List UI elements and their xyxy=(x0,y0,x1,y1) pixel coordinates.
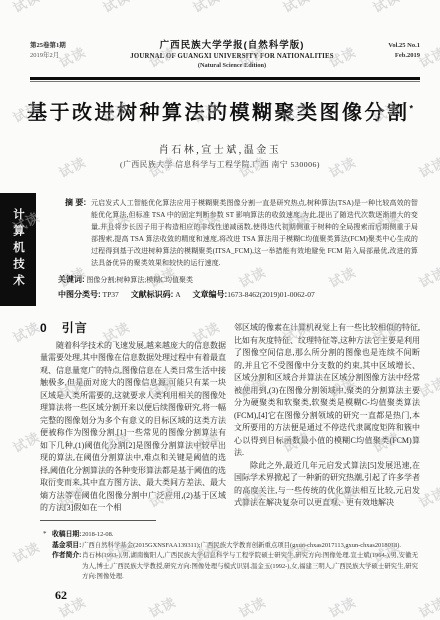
section-number: 0 xyxy=(40,321,48,335)
footnote-star: * xyxy=(43,529,47,540)
keywords-text: 图像分割;树种算法;模糊C均值聚类 xyxy=(86,276,193,284)
section-tab: 计算机技术 xyxy=(0,193,36,306)
journal-title-en: JOURNAL OF GUANGXI UNIVERSITY FOR NATION… xyxy=(102,54,362,61)
received-label: 收稿日期: xyxy=(52,530,82,541)
fund-text: 广西自然科学基金(2015GXNSFAA139311);广西民族大学教育创新重点… xyxy=(82,542,401,549)
issue-date: 2019年2月 xyxy=(30,51,102,61)
body-paragraph: 除此之外,最近几年元启发式算法[5]发展迅速,在国际学术界掀起了一种新的研究热潮… xyxy=(234,460,420,510)
header-rule xyxy=(30,77,420,80)
journal-title-block: 广西民族大学学报(自然科学版) JOURNAL OF GUANGXI UNIVE… xyxy=(102,41,362,69)
watermark-text: 试读 xyxy=(235,592,269,620)
authors: 肖石林,宣士斌,温金玉 xyxy=(0,141,440,156)
abstract-block: 摘 要:元启发式人工智能优化算法应用于模糊聚类图像分割一直是研究热点,树种算法(… xyxy=(58,197,418,300)
fund-label: 基金项目: xyxy=(52,541,82,552)
footnote-bio: 作者简介:肖石林(1993-),男,湖南衡阳人,广西民族大学信息科学与工程学院硕… xyxy=(52,551,418,583)
abstract-text: 元启发式人工智能优化算法应用于模糊聚类图像分割一直是研究热点,树种算法(TSA)… xyxy=(91,199,418,267)
footnote-separator xyxy=(40,520,156,521)
section-tab-label: 计算机技术 xyxy=(10,208,26,291)
watermark-text: 试读 xyxy=(99,0,133,16)
abstract-row: 摘 要:元启发式人工智能优化算法应用于模糊聚类图像分割一直是研究热点,树种算法(… xyxy=(65,197,418,269)
body-paragraph: 随着科学技术的飞速发展,越来越庞大的信息数据量需要处理,其中图像在信息数据处理过… xyxy=(40,340,226,515)
title-footnote-mark: * xyxy=(409,103,413,113)
clc-label: 中图分类号: xyxy=(58,290,101,299)
section-title: 引言 xyxy=(62,321,88,335)
keywords-label: 关键词: xyxy=(58,275,85,284)
article-id-value: 1673-8462(2019)01-0062-07 xyxy=(227,290,315,299)
volume-number: Vol.25 No.1 xyxy=(362,41,420,51)
doc-code-label: 文献标识码: xyxy=(131,290,174,299)
watermark-text: 试读 xyxy=(9,537,43,567)
watermark-text: 试读 xyxy=(9,427,43,457)
doc-code-value: A xyxy=(175,290,180,299)
issue-info: 第25卷第1期 2019年2月 xyxy=(30,41,102,61)
classification-row: 中图分类号: TP37 文献标识码: A 文章编号:1673-8462(2019… xyxy=(58,289,418,300)
keywords-row: 关键词: 图像分割;树种算法;模糊C均值聚类 xyxy=(58,274,418,285)
left-column: 0引言 随着科学技术的飞速发展,越来越庞大的信息数据量需要处理,其中图像在信息数… xyxy=(40,322,226,515)
right-column: 邻区域的像素在计算机视觉上有一些比较相似的特征,比如有灰度特征、纹理特征等,这种… xyxy=(234,322,420,515)
watermark-text: 试读 xyxy=(325,592,359,620)
footnote-block: *收稿日期:2018-12-08. 基金项目:广西自然科学基金(2015GXNS… xyxy=(52,530,418,583)
bio-text: 肖石林(1993-),男,湖南衡阳人,广西民族大学信息科学与工程学院硕士研究生,… xyxy=(82,552,418,580)
volume-info: Vol.25 No.1 Feb.2019 xyxy=(362,41,420,61)
journal-title-cn: 广西民族大学学报(自然科学版) xyxy=(102,41,362,51)
article-title: 基于改进树种算法的模糊聚类图像分割* xyxy=(0,96,440,125)
article-id-label: 文章编号: xyxy=(193,290,228,299)
issue-number: 第25卷第1期 xyxy=(30,41,102,51)
abstract-label: 摘 要: xyxy=(65,197,91,209)
paper-page: 试读试读试读试读试读试读试读试读试读试读试读试读试读试读试读试读试读试读试读试读… xyxy=(0,0,440,620)
article-title-text: 基于改进树种算法的模糊聚类图像分割 xyxy=(27,102,410,124)
watermark-text: 试读 xyxy=(369,0,403,16)
volume-date: Feb.2019 xyxy=(362,51,420,61)
watermark-text: 试读 xyxy=(145,592,179,620)
watermark-text: 试读 xyxy=(279,0,313,16)
watermark-text: 试读 xyxy=(189,0,223,16)
journal-header: 第25卷第1期 2019年2月 广西民族大学学报(自然科学版) JOURNAL … xyxy=(30,41,420,69)
clc-value: TP37 xyxy=(103,290,119,299)
footnote-received: *收稿日期:2018-12-08. xyxy=(52,530,418,541)
affiliation: (广西民族大学 信息科学与工程学院,广西 南宁 530006) xyxy=(0,159,440,170)
watermark-text: 试读 xyxy=(9,0,43,16)
footnote-fund: 基金项目:广西自然科学基金(2015GXNSFAA139311);广西民族大学教… xyxy=(52,541,418,552)
watermark-text: 试读 xyxy=(415,262,440,292)
page-number: 62 xyxy=(55,588,67,603)
bio-label: 作者简介: xyxy=(52,551,82,562)
journal-edition: (Natural Science Edition) xyxy=(102,63,362,69)
watermark-text: 试读 xyxy=(9,317,43,347)
body-paragraph: 邻区域的像素在计算机视觉上有一些比较相似的特征,比如有灰度特征、纹理特征等,这种… xyxy=(234,322,420,460)
watermark-layer: 试读试读试读试读试读试读试读试读试读试读试读试读试读试读试读试读试读试读试读试读… xyxy=(0,0,440,620)
received-date: 2018-12-08. xyxy=(82,531,113,538)
section-heading: 0引言 xyxy=(40,322,226,335)
body-columns: 0引言 随着科学技术的飞速发展,越来越庞大的信息数据量需要处理,其中图像在信息数… xyxy=(40,322,420,515)
watermark-text: 试读 xyxy=(415,592,440,620)
